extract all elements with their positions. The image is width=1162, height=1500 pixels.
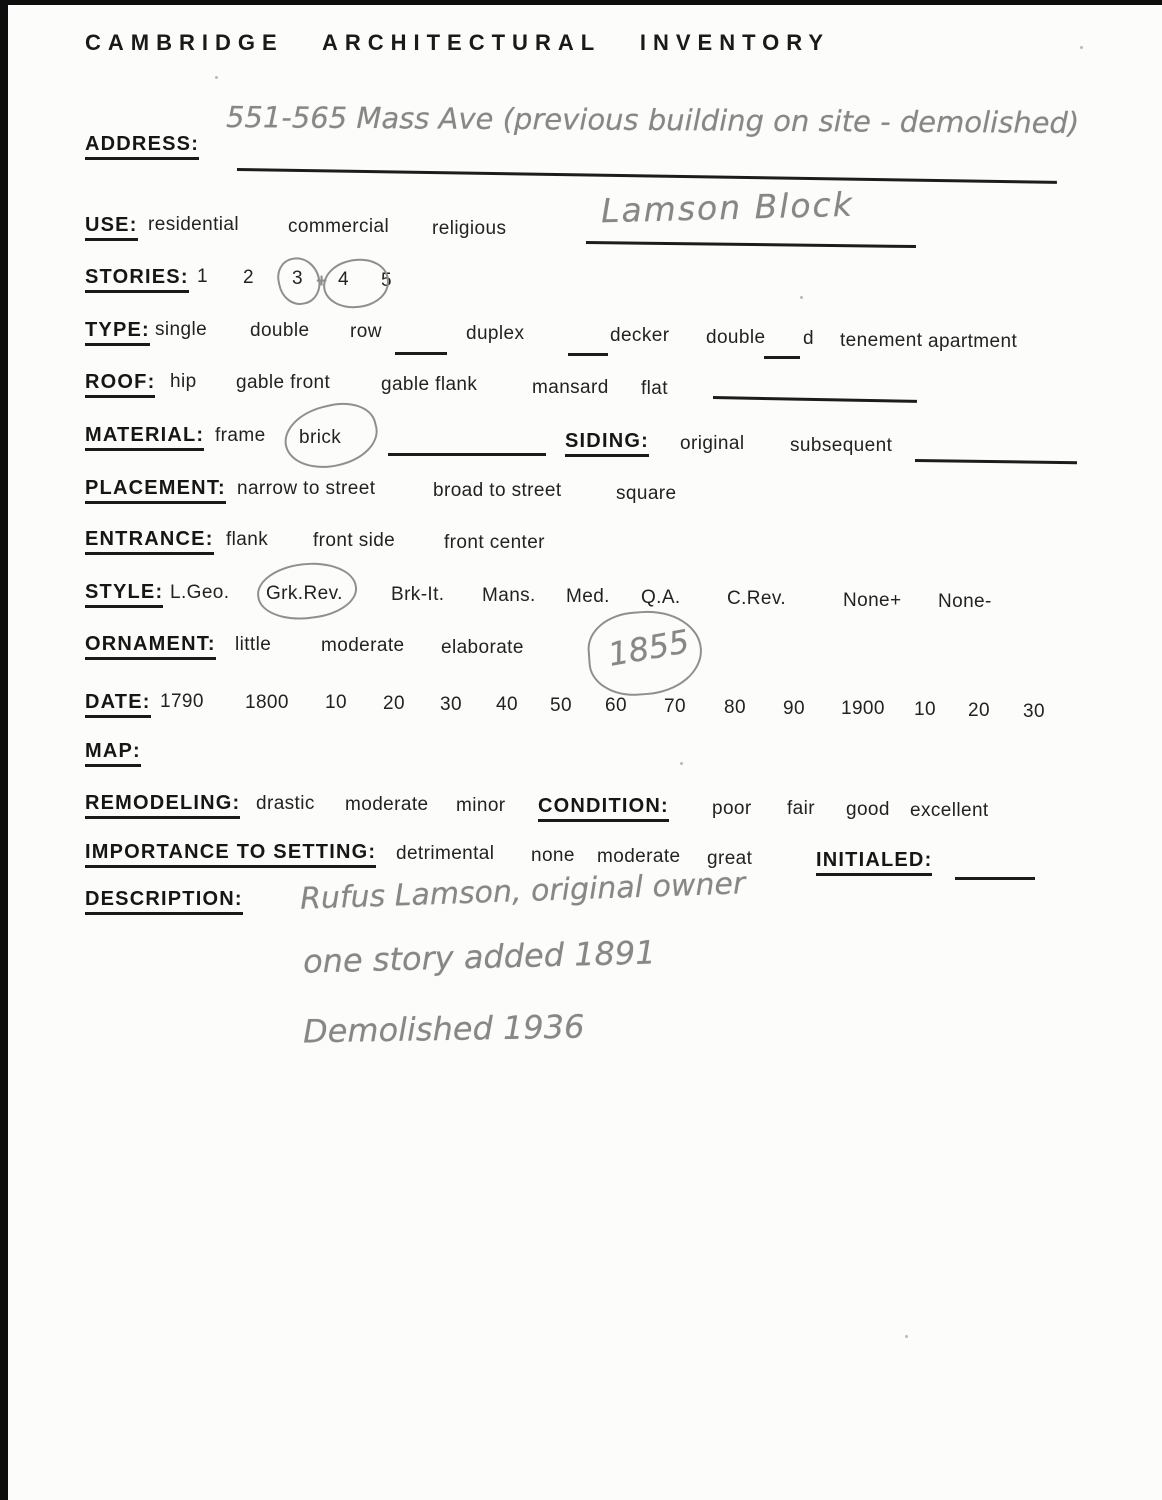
scan-edge-top [0,0,1162,5]
remodeling-label: REMODELING: [85,792,240,819]
type-option-double-2: double [706,327,765,349]
pencil-circle-around-brick [278,395,384,478]
date-option-60: 60 [605,695,627,717]
initialed-label: INITIALED: [816,849,932,876]
type-option-single: single [155,319,207,341]
roof-option-gable-front: gable front [236,372,330,394]
placement-option-narrow: narrow to street [237,478,375,500]
placement-option-square: square [616,483,677,505]
description-handwritten-line-3: Demolished 1936 [303,1008,585,1051]
entrance-option-front-center: front center [444,532,545,554]
address-handwritten-value: 551-565 Mass Ave (previous building on s… [226,100,1079,140]
importance-option-detrimental: detrimental [396,843,494,865]
remodeling-option-drastic: drastic [256,793,315,815]
scan-speck [1080,46,1083,49]
type-option-duplex: duplex [466,323,524,345]
siding-label: SIDING: [565,430,649,457]
description-handwritten-line-1: Rufus Lamson, original owner [300,866,746,917]
date-option-20b: 20 [968,700,990,722]
placement-label: PLACEMENT: [85,477,226,504]
importance-label: IMPORTANCE TO SETTING: [85,841,376,868]
importance-option-moderate: moderate [597,846,680,868]
date-label: DATE: [85,691,151,718]
importance-option-none: none [531,845,575,867]
stories-label: STORIES: [85,266,189,293]
pencil-circle-around-4 [321,256,391,311]
date-option-70: 70 [664,696,686,718]
type-option-d: d [803,328,814,350]
entrance-option-front-side: front side [313,530,395,552]
date-option-90: 90 [783,698,805,720]
date-option-30b: 30 [1023,701,1045,723]
siding-option-subsequent: subsequent [790,435,892,457]
ornament-label: ORNAMENT: [85,633,216,660]
date-option-1900: 1900 [841,698,885,720]
condition-option-good: good [846,799,890,821]
initialed-blank-line [955,877,1035,880]
type-option-decker: decker [610,325,669,347]
description-label: DESCRIPTION: [85,888,243,915]
style-option-brkit: Brk-It. [391,584,444,606]
condition-option-poor: poor [712,798,752,820]
type-option-double: double [250,320,309,342]
date-option-40: 40 [496,694,518,716]
style-option-lgeo: L.Geo. [170,582,229,604]
entrance-option-flank: flank [226,529,268,551]
style-option-mans: Mans. [482,585,536,607]
form-title: CAMBRIDGE ARCHITECTURAL INVENTORY [85,30,830,56]
roof-option-hip: hip [170,371,197,393]
placement-option-broad: broad to street [433,480,562,502]
scan-speck [215,76,218,79]
date-option-10: 10 [325,692,347,714]
address-label: ADDRESS: [85,133,199,160]
date-option-80: 80 [724,697,746,719]
use-writing-line [586,241,916,248]
ornament-option-little: little [235,634,271,656]
style-option-none-plus: None+ [843,590,902,612]
remodeling-option-minor: minor [456,795,506,817]
date-option-30: 30 [440,694,462,716]
type-label: TYPE: [85,319,150,346]
roof-option-gable-flank: gable flank [381,374,477,396]
roof-label: ROOF: [85,371,155,398]
scan-speck [680,762,683,765]
condition-label: CONDITION: [538,795,669,822]
map-label: MAP: [85,740,141,767]
type-option-row: row [350,321,382,343]
roof-blank-line [713,396,917,403]
use-handwritten-value: Lamson Block [601,185,855,231]
material-label: MATERIAL: [85,424,204,451]
entrance-label: ENTRANCE: [85,528,214,555]
style-option-med: Med. [566,586,610,608]
use-option-residential: residential [148,214,239,236]
siding-blank-line [915,459,1077,464]
date-option-20: 20 [383,693,405,715]
roof-option-mansard: mansard [532,377,609,399]
type-option-tenement: tenement [840,330,922,352]
address-writing-line [237,168,1057,184]
material-option-frame: frame [215,425,266,447]
stories-option-1: 1 [197,266,208,288]
stories-option-2: 2 [243,267,254,289]
date-option-10b: 10 [914,699,936,721]
roof-option-flat: flat [641,378,668,400]
style-option-qa: Q.A. [641,587,681,609]
ornament-option-elaborate: elaborate [441,637,524,659]
style-option-none-minus: None- [938,591,992,613]
remodeling-option-moderate: moderate [345,794,428,816]
ornament-option-moderate: moderate [321,635,404,657]
scan-speck [905,1335,908,1338]
description-handwritten-line-2: one story added 1891 [303,933,656,980]
scan-speck [800,296,803,299]
type-blank-line-2 [568,353,608,356]
type-option-apartment: apartment [928,331,1017,353]
style-label: STYLE: [85,581,163,608]
use-label: USE: [85,214,138,241]
type-blank-line-3 [764,356,800,359]
pencil-circle-around-grkrev [254,557,360,625]
date-option-1790: 1790 [160,691,204,713]
type-blank-line-1 [395,352,447,355]
scanned-inventory-form: CAMBRIDGE ARCHITECTURAL INVENTORY ADDRES… [0,0,1162,1500]
material-blank-line [388,453,546,456]
date-option-1800: 1800 [245,692,289,714]
scan-edge-left [0,0,8,1500]
condition-option-fair: fair [787,798,815,820]
siding-option-original: original [680,433,744,455]
style-option-crev: C.Rev. [727,588,786,610]
date-option-50: 50 [550,695,572,717]
use-option-religious: religious [432,218,506,240]
use-option-commercial: commercial [288,216,389,238]
condition-option-excellent: excellent [910,800,989,822]
